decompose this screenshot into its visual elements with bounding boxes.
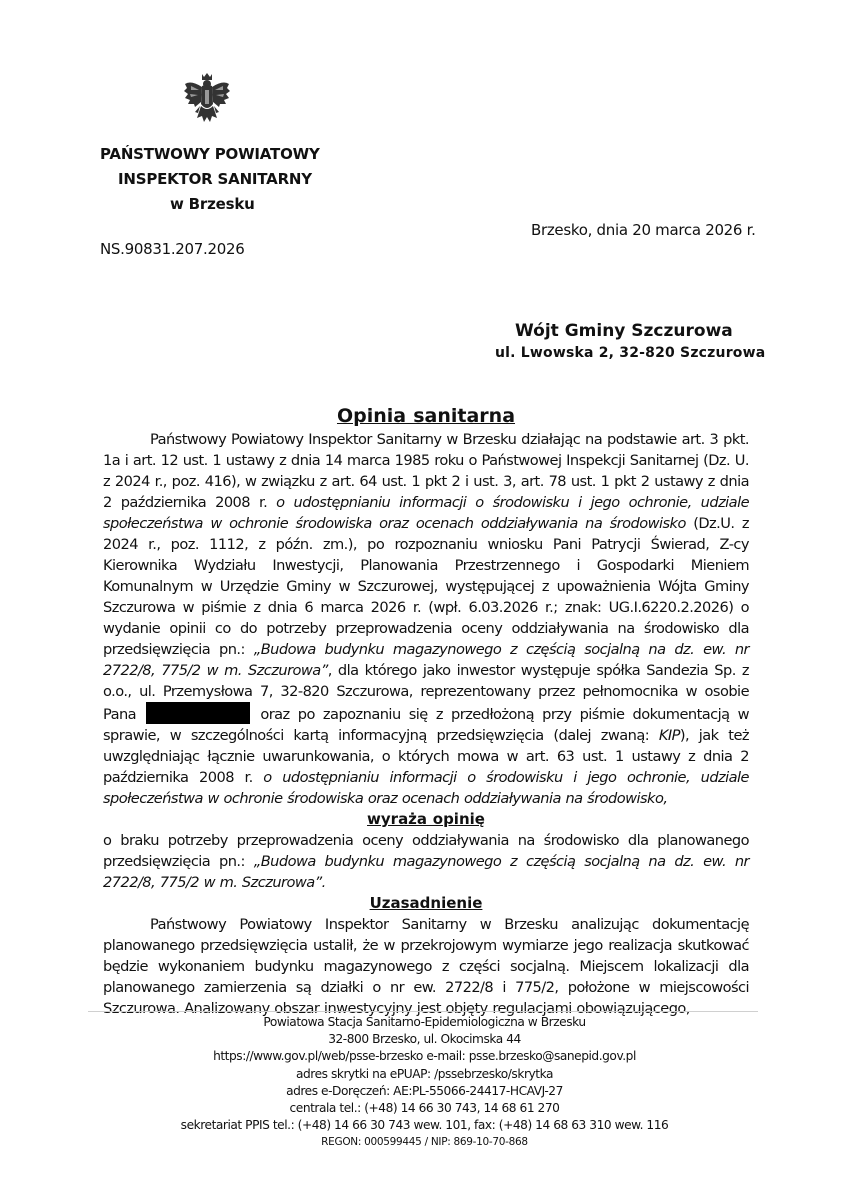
place-and-date: Brzesko, dnia 20 marca 2026 r.: [531, 221, 756, 239]
recipient-address: ul. Lwowska 2, 32-820 Szczurowa: [495, 345, 765, 361]
footer: Powiatowa Stacja Sanitarno-Epidemiologic…: [0, 1014, 849, 1152]
footer-e-delivery: adres e-Doręczeń: AE:PL-55066-24417-HCAV…: [0, 1083, 849, 1100]
footer-secretariat: sekretariat PPIS tel.: (+48) 14 66 30 74…: [0, 1117, 849, 1134]
recipient-name: Wójt Gminy Szczurowa: [515, 321, 733, 341]
kip-abbreviation: KIP: [659, 727, 680, 744]
document-title: Opinia sanitarna: [103, 403, 749, 429]
opinion-heading: wyraża opinię: [103, 809, 749, 830]
polish-eagle-emblem-icon: [183, 72, 231, 128]
justification-paragraph: Państwowy Powiatowy Inspektor Sanitarny …: [103, 914, 749, 1019]
justification-heading: Uzasadnienie: [103, 893, 749, 914]
reference-number: NS.90831.207.2026: [100, 240, 244, 258]
redacted-name-box: [146, 702, 250, 724]
authority-name-line2: INSPEKTOR SANITARNY: [118, 170, 312, 188]
footer-institution: Powiatowa Stacja Sanitarno-Epidemiologic…: [0, 1014, 849, 1031]
footer-divider: [88, 1011, 758, 1012]
footer-web-email: https://www.gov.pl/web/psse-brzesko e-ma…: [0, 1048, 849, 1065]
footer-regon-nip: REGON: 000599445 / NIP: 869-10-70-868: [0, 1134, 849, 1151]
authority-name-line1: PAŃSTWOWY POWIATOWY: [100, 145, 320, 163]
footer-epuap: adres skrytki na ePUAP: /pssebrzesko/skr…: [0, 1066, 849, 1083]
authority-location: w Brzesku: [170, 195, 255, 213]
document-body: Opinia sanitarna Państwowy Powiatowy Ins…: [103, 403, 749, 1019]
intro-text-2: (Dz.U. z 2024 r., poz. 1112, z późn. zm.…: [103, 515, 749, 658]
intro-paragraph: Państwowy Powiatowy Inspektor Sanitarny …: [103, 429, 749, 809]
opinion-paragraph: o braku potrzeby przeprowadzenia oceny o…: [103, 830, 749, 893]
footer-address: 32-800 Brzesko, ul. Okocimska 44: [0, 1031, 849, 1048]
footer-phone: centrala tel.: (+48) 14 66 30 743, 14 68…: [0, 1100, 849, 1117]
